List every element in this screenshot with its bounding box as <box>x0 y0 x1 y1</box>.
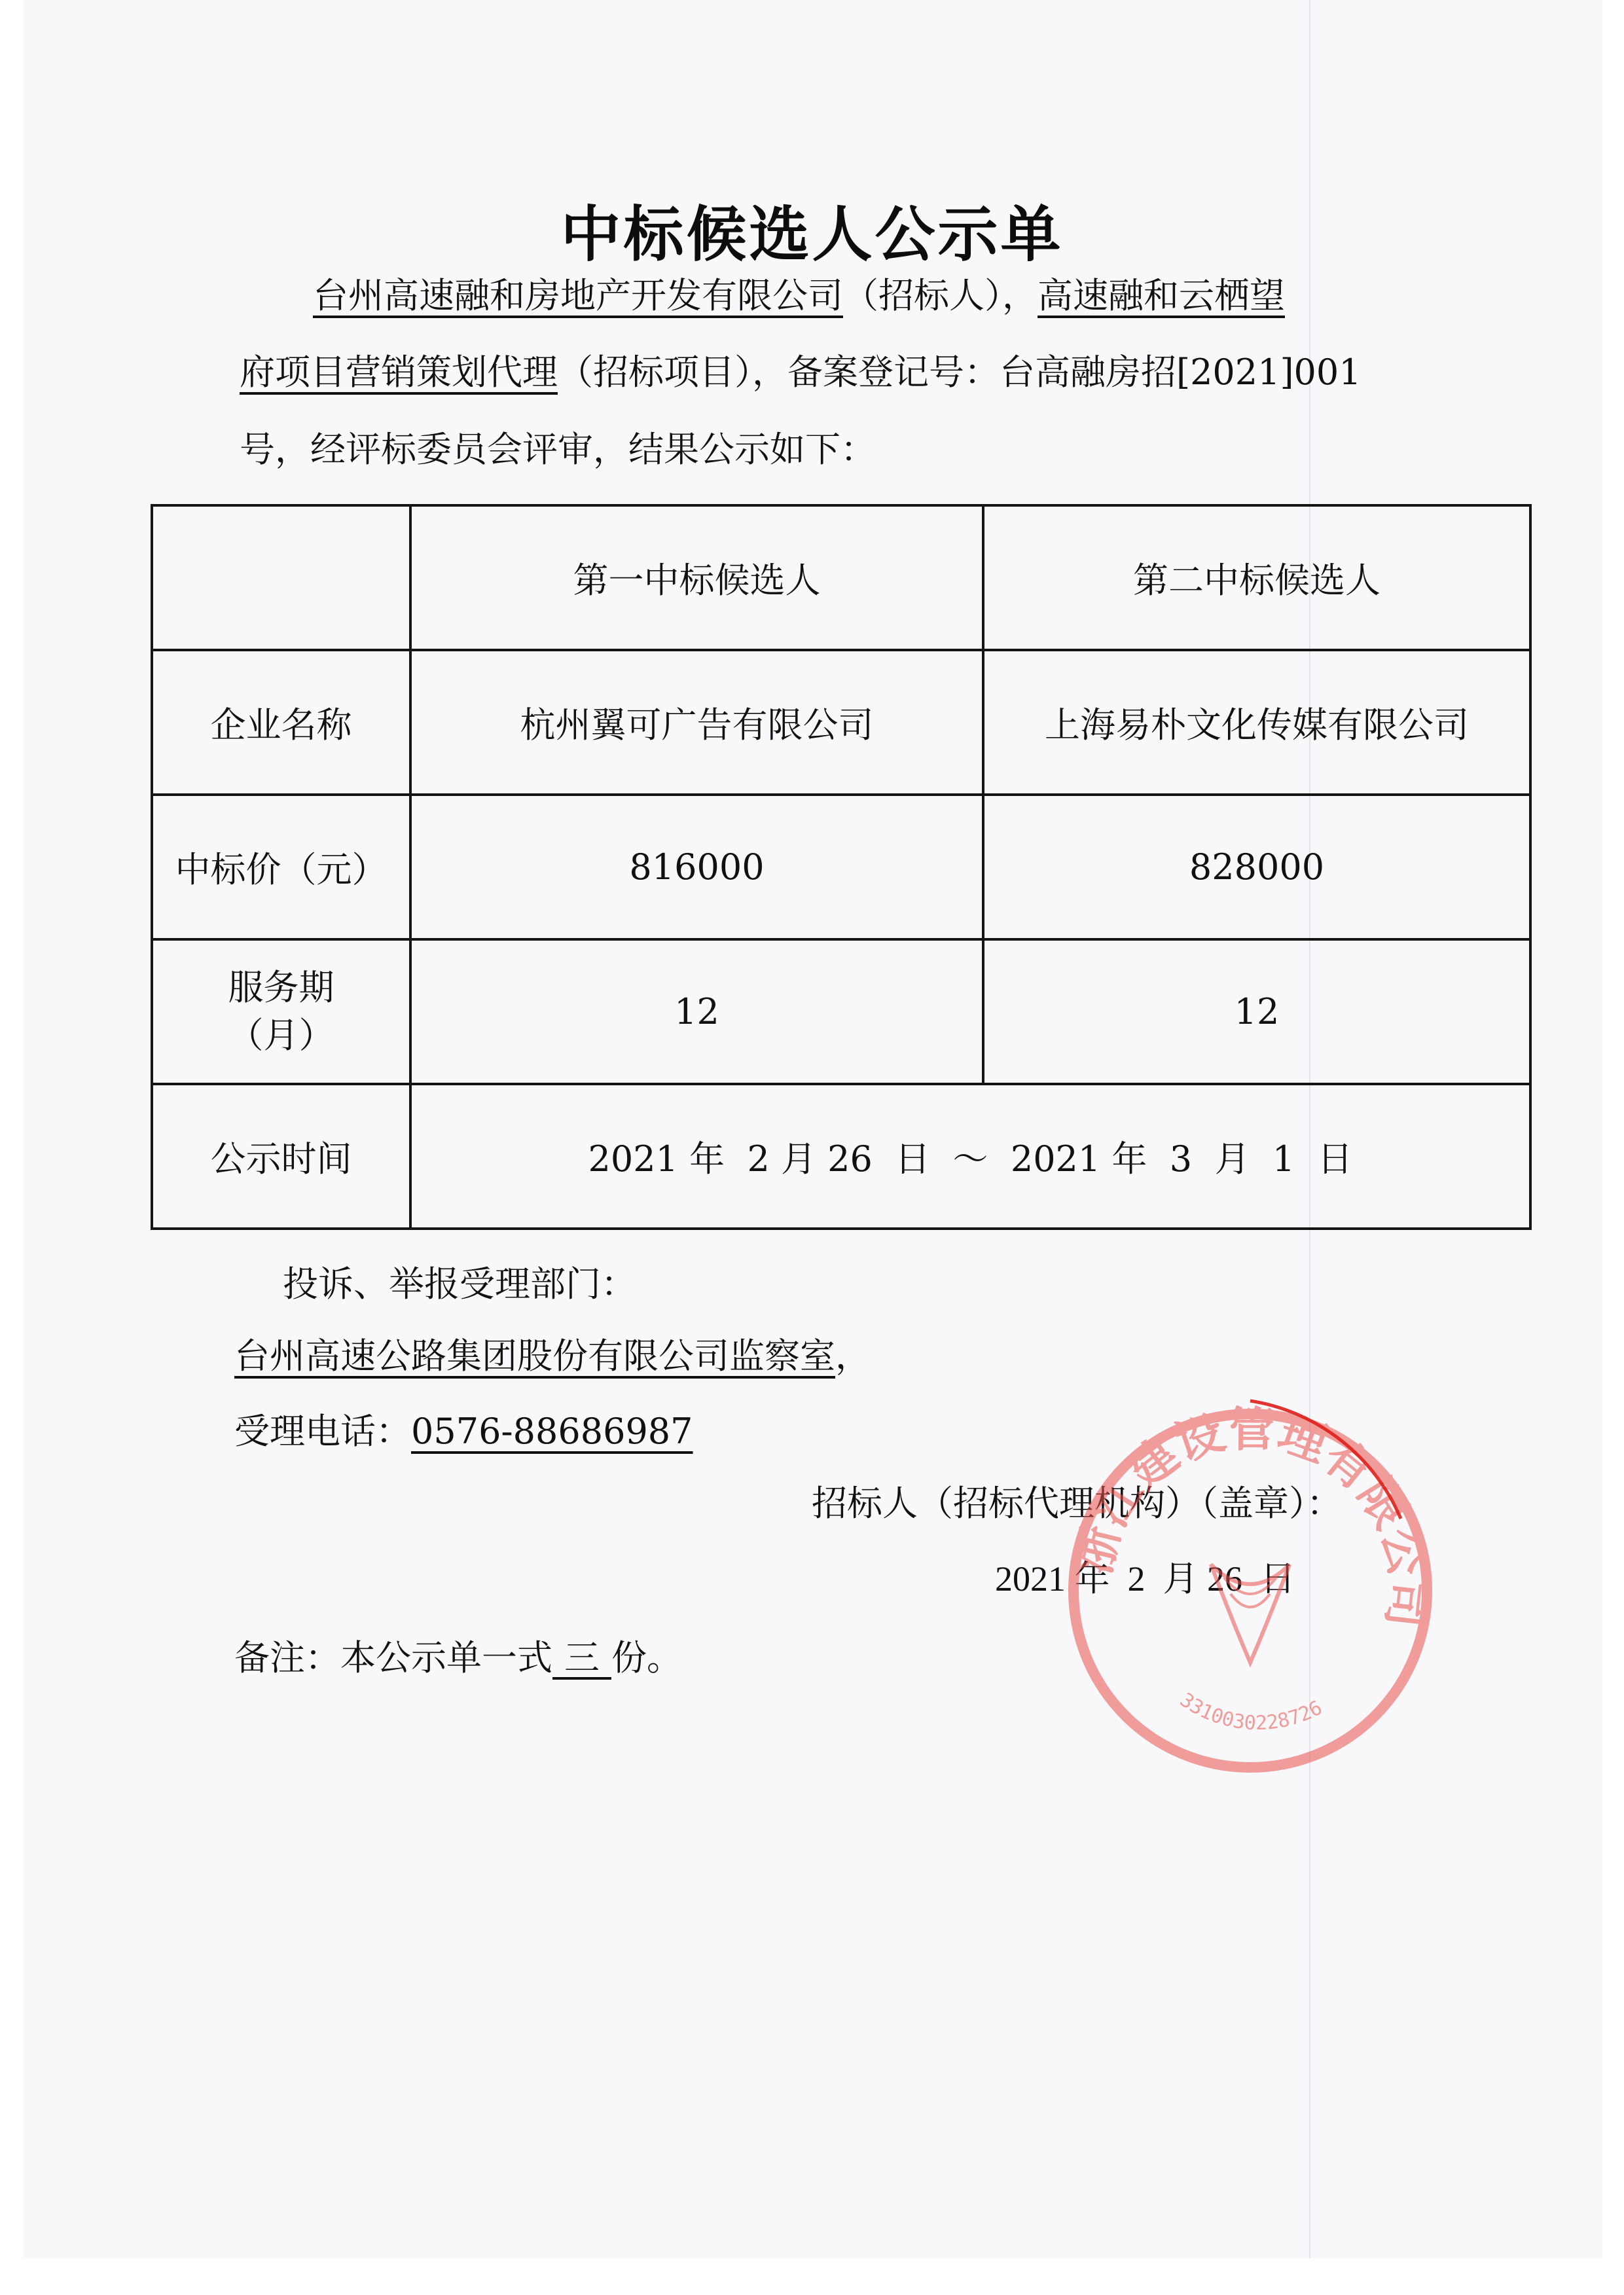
second-candidate-company: 上海易朴文化传媒有限公司 <box>983 650 1530 795</box>
table-row-price: 中标价（元） 816000 828000 <box>152 795 1530 939</box>
first-candidate-price: 816000 <box>410 795 983 939</box>
row-label: 中标价（元） <box>152 795 410 939</box>
remark-copies: 三 <box>552 1640 611 1680</box>
intro-line-2: 府项目营销策划代理（招标项目），备案登记号：台高融房招[2021]001 <box>240 355 1362 390</box>
punctuation: ， <box>835 1335 871 1377</box>
intro-line-3: 号，经评标委员会评审，结果公示如下： <box>240 432 876 467</box>
phone-line: 受理电话：0576-88686987 <box>234 1414 693 1449</box>
second-candidate-period: 12 <box>983 939 1530 1084</box>
seal-code: 3310030228726 <box>1176 1688 1326 1735</box>
tenderer-name: 台州高速融和房地产开发有限公司 <box>313 275 843 316</box>
header-second-candidate: 第二中标候选人 <box>983 505 1530 650</box>
row-label: 企业名称 <box>152 650 410 795</box>
project-role-and-registration: （招标项目），备案登记号：台高融房招[2021]001 <box>558 352 1362 393</box>
complaint-label: 投诉、举报受理部门： <box>283 1267 636 1302</box>
project-name-part2: 府项目营销策划代理 <box>240 352 558 393</box>
phone-number: 0576-88686987 <box>411 1411 693 1452</box>
header-first-candidate: 第一中标候选人 <box>410 505 983 650</box>
row-label: 服务期 （月） <box>152 939 410 1084</box>
first-candidate-company: 杭州翼可广告有限公司 <box>410 650 983 795</box>
complaint-department-line: 台州高速公路集团股份有限公司监察室， <box>234 1339 871 1374</box>
svg-text:3310030228726: 3310030228726 <box>1176 1688 1326 1735</box>
second-candidate-price: 828000 <box>983 795 1530 939</box>
row-label-line1: 服务期 <box>153 964 409 1012</box>
intro-line-1: 台州高速融和房地产开发有限公司（招标人），高速融和云栖望 <box>313 278 1285 314</box>
complaint-department: 台州高速公路集团股份有限公司监察室 <box>234 1335 835 1377</box>
remark-prefix: 备注：本公示单一式 <box>234 1637 552 1678</box>
tenderer-role: （招标人）， <box>843 275 1038 316</box>
publicity-period: 2021 年 2 月 26 日 ～ 2021 年 3 月 1 日 <box>410 1084 1530 1229</box>
table-row-service-period: 服务期 （月） 12 12 <box>152 939 1530 1084</box>
seal-overlap-arc <box>1185 1381 1460 1656</box>
table-row-company: 企业名称 杭州翼可广告有限公司 上海易朴文化传媒有限公司 <box>152 650 1530 795</box>
row-label-line2: （月） <box>153 1012 409 1060</box>
table-header-row: 第一中标候选人 第二中标候选人 <box>152 505 1530 650</box>
table-row-publicity-time: 公示时间 2021 年 2 月 26 日 ～ 2021 年 3 月 1 日 <box>152 1084 1530 1229</box>
header-empty-cell <box>152 505 410 650</box>
project-name-part1: 高速融和云栖望 <box>1038 275 1285 316</box>
row-label: 公示时间 <box>152 1084 410 1229</box>
remark-suffix: 份。 <box>611 1637 682 1678</box>
remark-line: 备注：本公示单一式三份。 <box>234 1640 682 1680</box>
candidates-table: 第一中标候选人 第二中标候选人 企业名称 杭州翼可广告有限公司 上海易朴文化传媒… <box>151 504 1532 1230</box>
phone-label: 受理电话： <box>234 1411 411 1452</box>
document-title: 中标候选人公示单 <box>0 187 1624 273</box>
first-candidate-period: 12 <box>410 939 983 1084</box>
